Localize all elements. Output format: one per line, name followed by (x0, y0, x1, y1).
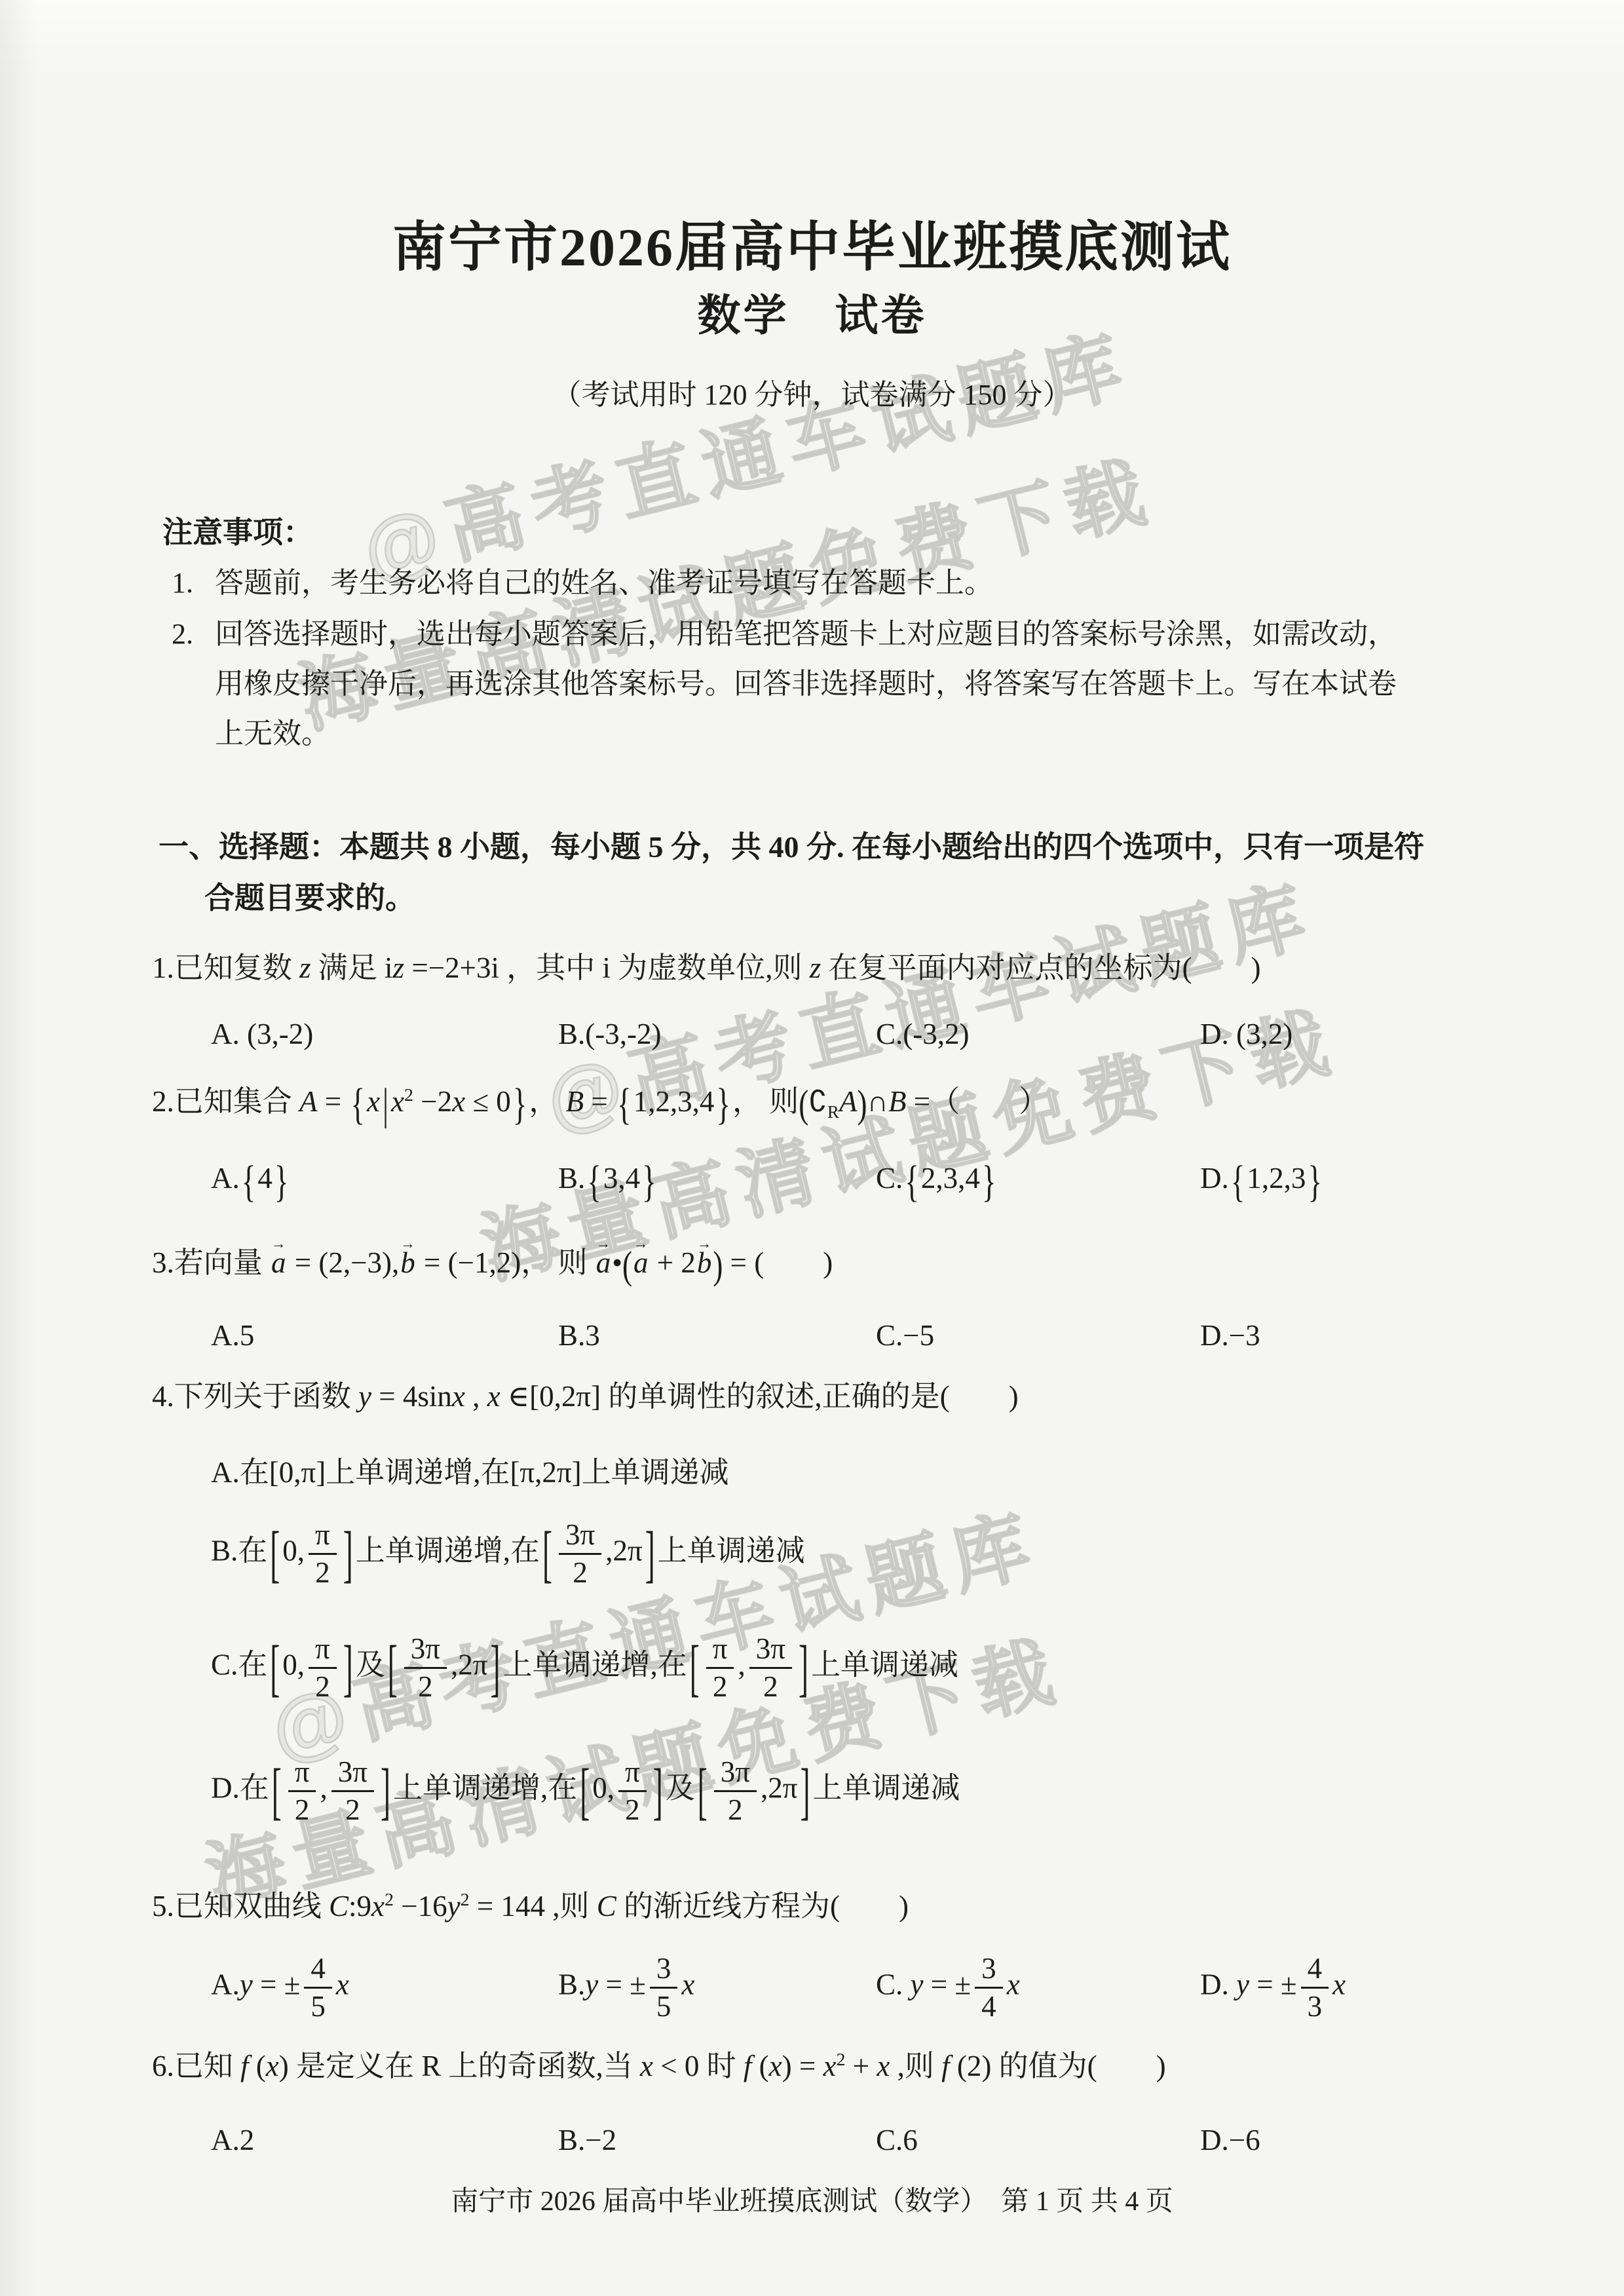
question-6-options: A.2 B.−2 C.6 D.−6 (151, 2123, 1565, 2157)
option-c: C. y = ±34x (876, 1953, 1200, 2022)
option-b: B.3 (558, 1318, 876, 1352)
option-d: D.−3 (1200, 1318, 1565, 1352)
watermark-line1: @高考直通车试题库 (350, 301, 1141, 600)
option-b: B.y = ±35x (558, 1953, 876, 2022)
note-number: 1. (172, 558, 215, 608)
question-2-options: A.{4} B.{3,4} C.{2,3,4} D.{1,2,3} (151, 1161, 1565, 1198)
question-4-option-c: C.在[0,π2]及[3π2,2π]上单调递增,在[π2,3π2]上单调递减 (211, 1633, 1585, 1702)
note-item: 2. 回答选择题时，选出每小题答案后，用铅笔把答题卡上对应题目的答案标号涂黑，如… (172, 609, 1414, 759)
option-b: B.−2 (558, 2123, 876, 2157)
question-3-options: A.5 B.3 C.−5 D.−3 (151, 1318, 1565, 1352)
option-d: D. y = ±43x (1200, 1953, 1565, 2022)
question-1-stem: 1.已知复数 z 满足 iz =−2+3i ，其中 i 为虚数单位,则 z 在复… (152, 949, 1585, 987)
question-4-option-d: D.在[π2,3π2]上单调递增,在[0,π2]及[3π2,2π]上单调递减 (211, 1756, 1585, 1826)
page-subtitle: 数学 试卷 (0, 280, 1624, 343)
section-heading: 一、选择题：本题共 8 小题，每小题 5 分，共 40 分. 在每小题给出的四个… (159, 822, 1449, 924)
option-d: D.−6 (1200, 2123, 1565, 2157)
question-4-option-b: B.在[0,π2]上单调递增,在[3π2,2π]上单调递减 (211, 1519, 1585, 1588)
option-a: A.y = ±45x (211, 1953, 558, 2022)
option-c: C.(-3,2) (876, 1017, 1200, 1051)
question-1-options: A. (3,-2) B.(-3,-2) C.(-3,2) D. (3,2) (151, 1017, 1565, 1051)
question-4-option-a: A.在[0,π]上单调递增,在[π,2π]上单调递减 (211, 1448, 1585, 1491)
question-5-options: A.y = ±45x B.y = ±35x C. y = ±34x D. y =… (151, 1953, 1565, 2022)
note-item: 1. 答题前，考生务必将自己的姓名、准考证号填写在答题卡上。 (172, 558, 1414, 608)
option-a: A.{4} (211, 1161, 558, 1198)
exam-info: （考试用时 120 分钟，试卷满分 150 分） (0, 371, 1624, 413)
option-c: C.6 (876, 2123, 1200, 2157)
question-3-stem: 3.若向量 a = (2,−3),b = (−1,2)， 则 a•(a + 2b… (152, 1244, 1585, 1285)
notes-heading: 注意事项： (162, 508, 313, 552)
note-text: 答题前，考生务必将自己的姓名、准考证号填写在答题卡上。 (215, 558, 1414, 608)
option-c: C.{2,3,4} (876, 1161, 1200, 1198)
option-b: B.(-3,-2) (558, 1017, 876, 1051)
page-title: 南宁市2026届高中毕业班摸底测试 (0, 204, 1624, 281)
option-a: A. (3,-2) (211, 1017, 558, 1051)
option-d: D. (3,2) (1200, 1017, 1565, 1051)
note-text: 回答选择题时，选出每小题答案后，用铅笔把答题卡上对应题目的答案标号涂黑，如需改动… (215, 609, 1414, 759)
exam-paper-page: @高考直通车试题库 海量高清试题免费下载 @高考直通车试题库 海量高清试题免费下… (0, 0, 1624, 2296)
question-2-stem: 2.已知集合 A = {x|x2 −2x ≤ 0}， B = {1,2,3,4}… (152, 1082, 1585, 1124)
question-5-stem: 5.已知双曲线 C:9x2 −16y2 = 144 ,则 C 的渐近线方程为( … (152, 1887, 1585, 1926)
option-b: B.{3,4} (558, 1161, 876, 1198)
option-d: D.{1,2,3} (1200, 1161, 1565, 1198)
note-number: 2. (172, 609, 215, 759)
page-footer: 南宁市 2026 届高中毕业班摸底测试（数学） 第 1 页 共 4 页 (0, 2179, 1624, 2219)
question-4-stem: 4.下列关于函数 y = 4sinx , x ∈[0,2π] 的单调性的叙述,正… (152, 1377, 1585, 1416)
option-a: A.5 (211, 1318, 558, 1352)
option-c: C.−5 (876, 1318, 1200, 1352)
question-6-stem: 6.已知 f (x) 是定义在 R 上的奇函数,当 x < 0 时 f (x) … (152, 2047, 1585, 2086)
option-a: A.2 (211, 2123, 558, 2157)
